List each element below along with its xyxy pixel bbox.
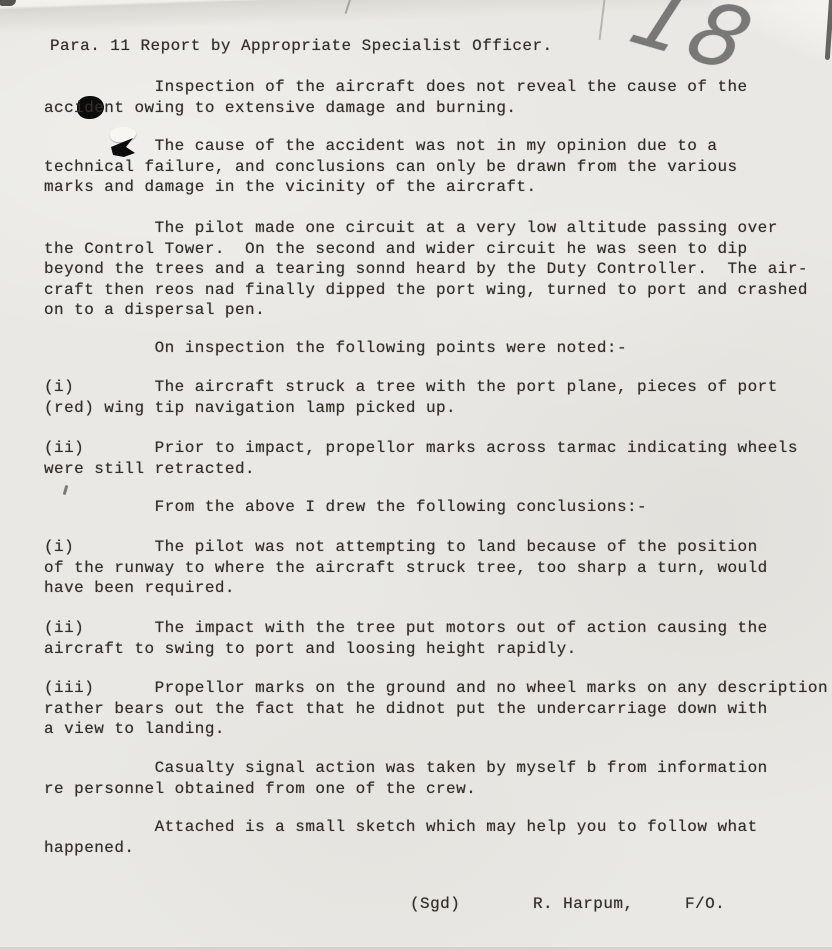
para-points-intro: On inspection the following points were … [44, 338, 627, 359]
signature-name: R. Harpum, [533, 894, 634, 915]
point-i: (i) The aircraft struck a tree with the … [44, 377, 778, 418]
conclusion-i: (i) The pilot was not attempting to land… [44, 537, 768, 599]
text-line: the Control Tower. On the second and wid… [44, 239, 808, 260]
text-line: accident owing to extensive damage and b… [44, 98, 748, 119]
text-line: On inspection the following points were … [44, 338, 627, 359]
text-line: (i) The pilot was not attempting to land… [44, 537, 768, 558]
text-line: happened. [44, 838, 758, 859]
para-attached-sketch: Attached is a small sketch which may hel… [44, 817, 758, 858]
text-line: Inspection of the aircraft does not reve… [44, 77, 748, 98]
text-line: re personnel obtained from one of the cr… [44, 779, 768, 800]
conclusion-ii: (ii) The impact with the tree put motors… [44, 618, 768, 659]
text-line: craft then reos nad finally dipped the p… [44, 280, 808, 301]
para-cause: The cause of the accident was not in my … [44, 136, 738, 198]
para-circuit: The pilot made one circuit at a very low… [44, 218, 808, 321]
signature-sgd: (Sgd) [410, 894, 460, 915]
text-line: technical failure, and conclusions can o… [44, 157, 738, 178]
text-line: rather bears out the fact that he didnot… [44, 699, 828, 720]
text-line: From the above I drew the following conc… [44, 497, 647, 518]
text-line: of the runway to where the aircraft stru… [44, 558, 768, 579]
text-line: on to a dispersal pen. [44, 300, 808, 321]
point-ii: (ii) Prior to impact, propellor marks ac… [44, 438, 798, 479]
text-line: Attached is a small sketch which may hel… [44, 817, 758, 838]
para-casualty-signal: Casualty signal action was taken by myse… [44, 758, 768, 799]
handwritten-page-number: 18 [620, 0, 765, 85]
text-line: have been required. [44, 578, 768, 599]
text-line: a view to landing. [44, 719, 828, 740]
text-line: (ii) Prior to impact, propellor marks ac… [44, 438, 798, 459]
text-line: Casualty signal action was taken by myse… [44, 758, 768, 779]
para-conclusions-intro: From the above I drew the following conc… [44, 497, 647, 518]
conclusion-iii: (iii) Propellor marks on the ground and … [44, 678, 828, 740]
text-line: (i) The aircraft struck a tree with the … [44, 377, 778, 398]
document-page: 18 Para. 11 Report by Appropriate Specia… [0, 0, 832, 950]
text-line: were still retracted. [44, 459, 798, 480]
text-line: marks and damage in the vicinity of the … [44, 177, 738, 198]
text-line: (ii) The impact with the tree put motors… [44, 618, 768, 639]
report-heading: Para. 11 Report by Appropriate Specialis… [50, 36, 553, 57]
text-line: (red) wing tip navigation lamp picked up… [44, 398, 778, 419]
text-line: The pilot made one circuit at a very low… [44, 218, 808, 239]
signature-rank: F/O. [685, 894, 725, 915]
text-line: (iii) Propellor marks on the ground and … [44, 678, 828, 699]
text-line: aircraft to swing to port and loosing he… [44, 639, 768, 660]
text-line: The cause of the accident was not in my … [44, 136, 738, 157]
pencil-tick-mark [63, 485, 69, 495]
text-line: beyond the trees and a tearing sonnd hea… [44, 259, 808, 280]
para-inspection: Inspection of the aircraft does not reve… [44, 77, 748, 118]
